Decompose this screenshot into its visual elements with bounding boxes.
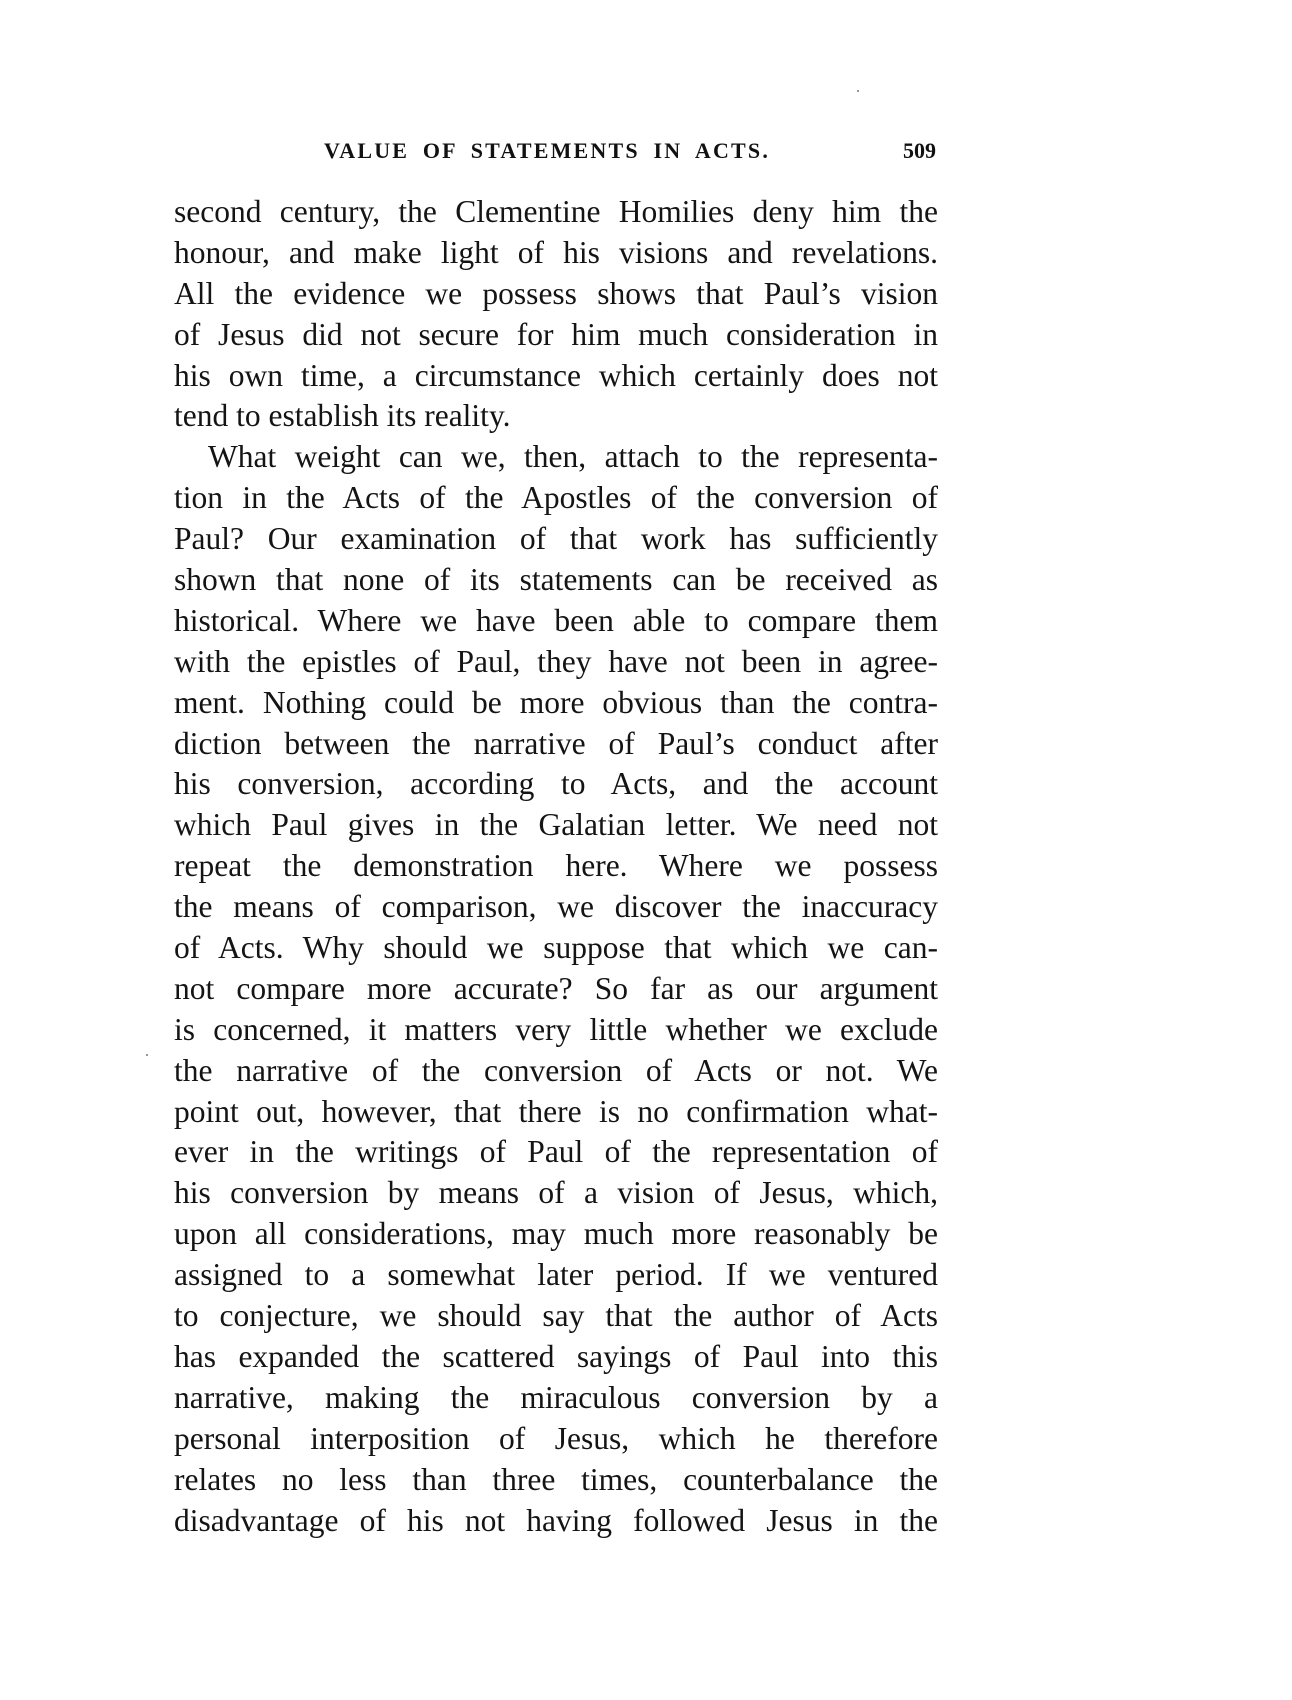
text-line: tend to establish its reality.: [174, 396, 938, 437]
text-line: shown that none of its statements can be…: [174, 560, 938, 601]
text-line: All the evidence we possess shows that P…: [174, 274, 938, 315]
text-line: personal interposition of Jesus, which h…: [174, 1419, 938, 1460]
text-line: his conversion by means of a vision of J…: [174, 1173, 938, 1214]
text-line: honour, and make light of his visions an…: [174, 233, 938, 274]
text-line: with the epistles of Paul, they have not…: [174, 642, 938, 683]
text-line: diction between the narrative of Paul’s …: [174, 724, 938, 765]
text-line: the narrative of the conversion of Acts …: [174, 1051, 938, 1092]
page-number: 509: [903, 138, 936, 164]
scan-speck: [146, 1054, 148, 1056]
text-line: of Acts. Why should we suppose that whic…: [174, 928, 938, 969]
text-line: his conversion, according to Acts, and t…: [174, 764, 938, 805]
text-line: What weight can we, then, attach to the …: [174, 437, 938, 478]
text-line: tion in the Acts of the Apostles of the …: [174, 478, 938, 519]
text-line: ever in the writings of Paul of the repr…: [174, 1132, 938, 1173]
text-line: narrative, making the miraculous convers…: [174, 1378, 938, 1419]
text-line: to conjecture, we should say that the au…: [174, 1296, 938, 1337]
text-line: second century, the Clementine Homilies …: [174, 192, 938, 233]
text-line: point out, however, that there is no con…: [174, 1092, 938, 1133]
page-header: VALUE OF STATEMENTS IN ACTS. 509: [318, 136, 934, 168]
text-line: Paul? Our examination of that work has s…: [174, 519, 938, 560]
text-line: has expanded the scattered sayings of Pa…: [174, 1337, 938, 1378]
body-text: second century, the Clementine Homilies …: [174, 192, 938, 1541]
text-line: is concerned, it matters very little whe…: [174, 1010, 938, 1051]
paragraph-1: second century, the Clementine Homilies …: [174, 192, 938, 437]
text-line: repeat the demonstration here. Where we …: [174, 846, 938, 887]
text-line: not compare more accurate? So far as our…: [174, 969, 938, 1010]
text-line: relates no less than three times, counte…: [174, 1460, 938, 1501]
text-line: disadvantage of his not having followed …: [174, 1501, 938, 1542]
running-head: VALUE OF STATEMENTS IN ACTS.: [324, 138, 770, 164]
text-line: his own time, a circumstance which certa…: [174, 356, 938, 397]
text-line: of Jesus did not secure for him much con…: [174, 315, 938, 356]
scan-speck: [857, 90, 859, 92]
text-line: the means of comparison, we discover the…: [174, 887, 938, 928]
text-line: historical. Where we have been able to c…: [174, 601, 938, 642]
text-line: which Paul gives in the Galatian letter.…: [174, 805, 938, 846]
book-page: VALUE OF STATEMENTS IN ACTS. 509 second …: [0, 0, 1292, 1700]
text-line: ment. Nothing could be more obvious than…: [174, 683, 938, 724]
text-line: upon all considerations, may much more r…: [174, 1214, 938, 1255]
text-line: assigned to a somewhat later period. If …: [174, 1255, 938, 1296]
paragraph-2: What weight can we, then, attach to the …: [174, 437, 938, 1541]
